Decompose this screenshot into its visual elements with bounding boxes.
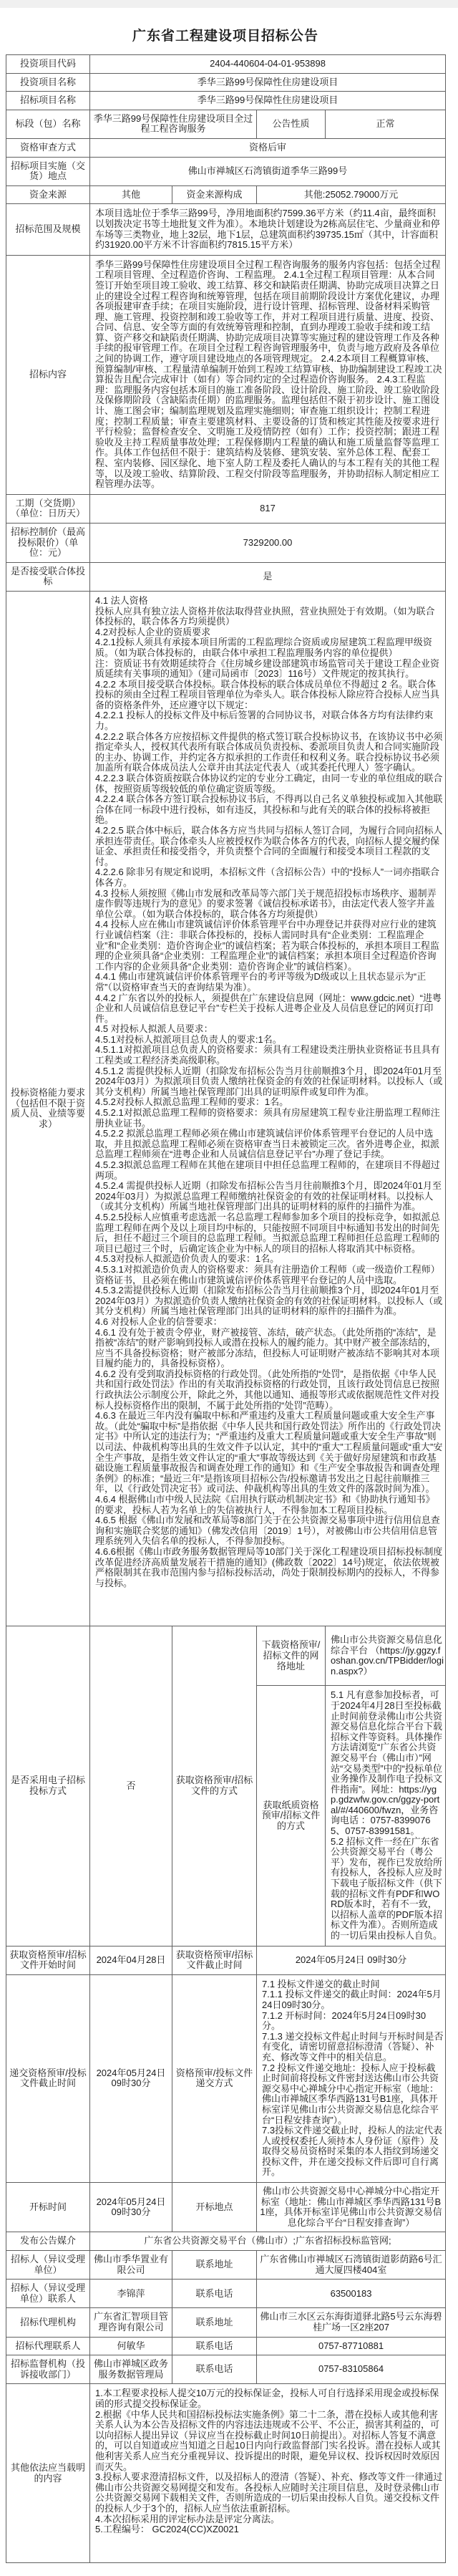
qualification-value: 4.1 法人资格 投标人应具有独立法人资格并依法取得营业执照，营业执照处于有效期… (90, 591, 446, 1626)
row-label: 招标项目名称 (6, 92, 90, 110)
tenderer-phone-value: 63500183 (257, 2280, 446, 2308)
table-row: 其他依法应当载明的内容 1.本工程要求投标人提交10万元的投标保证金，投标人可自… (6, 2384, 446, 2562)
scope-value: 本项目选址位于季华三路99号，净用地面积约7599.36平方米（约11.4亩，最… (90, 204, 446, 255)
submit-deadline-value: 2024年05月24日 09时30分 (90, 1974, 172, 2182)
table-row: 招标项目名称 季华三路99号保障性住房建设项目 (6, 92, 446, 110)
row-label: 投标资格能力要求（包括但不限于资质人员、业绩等要求） (6, 591, 90, 1626)
top-strip (0, 0, 458, 8)
consortium-value: 是 (90, 562, 446, 591)
funding-comp-value: 其他:25052.79000万元 (257, 185, 446, 204)
row-label: 投资项目代码 (6, 55, 90, 74)
row-label: 发布公告媒介 (6, 2232, 90, 2251)
table-row: 招标项目实施（交货）地点 佛山市禅城区石湾镇街道季华三路99号 (6, 157, 446, 185)
obtain-start-value: 2024年04月28日 (90, 1946, 172, 1974)
row-label: 开标地点 (172, 2183, 257, 2232)
row-label: 递交资格预审/投标文件截止时间 (6, 1974, 90, 2182)
row-label: 招标人（异议受理单位） (6, 2251, 90, 2280)
qualification-review-value: 资格后审 (90, 138, 446, 157)
row-label: 联系地址 (172, 2308, 257, 2337)
agency-addr-value: 佛山市三水区云东海街道驿北路5号云东海碧桂广场一区2座207 (257, 2308, 446, 2337)
row-label: 获取资格预审/招标文件截止时间 (172, 1946, 257, 1974)
opening-time-value: 2024年05月24日 09时30分 (90, 2183, 172, 2232)
table-row: 招标人（异议受理单位） 佛山市季华置业有限公司 联系地址 广东省佛山市禅城区石湾… (6, 2251, 446, 2280)
row-label: 公告性质 (257, 110, 326, 138)
tenderer-value: 佛山市季华置业有限公司 (90, 2251, 172, 2280)
row-label: 资格预审/投标文件递交方式 (172, 1974, 257, 2182)
table-row: 递交资格预审/投标文件截止时间 2024年05月24日 09时30分 资格预审/… (6, 1974, 446, 2182)
row-label: 获取纸质资格预审/招标文件的方式 (257, 1686, 326, 1946)
obtain-end-value: 2024年05月24日 09时30分 (257, 1946, 446, 1974)
tenderer-addr-value: 广东省佛山市禅城区石湾镇街道影荫路6号汇通大厦四楼404室 (257, 2251, 446, 2280)
agency-value: 广东省汇智项目管理咨询有限公司 (90, 2308, 172, 2337)
row-label: 资金来源 (6, 185, 90, 204)
content-value: 季华三路99号保障性住房建设项目全过程工程咨询服务的服务内容包括：包括全过程工程… (90, 255, 446, 494)
announcement-table: 投资项目代码 2404-440604-04-01-953898 投资项目名称 季… (6, 54, 446, 2563)
table-row: 是否采用电子招标投标方式 否 获取资格预审/招标文件的方式 下载资格预审/招标文… (6, 1626, 446, 1686)
table-row: 开标时间 2024年05月24日 09时30分 开标地点 佛山市公共资源交易中心… (6, 2183, 446, 2232)
row-label: 工期（交货期）（单位：日历天） (6, 494, 90, 523)
e-bidding-value: 否 (90, 1626, 172, 1946)
price-limit-value: 7329200.00 (90, 523, 446, 562)
row-label: 招标控制价（最高投标限价）（单位：元） (6, 523, 90, 562)
row-label: 资格审查方式 (6, 138, 90, 157)
table-row: 投标资格能力要求（包括但不限于资质人员、业绩等要求） 4.1 法人资格 投标人应… (6, 591, 446, 1626)
other-content-value: 1.本工程要求投标人提交10万元的投标保证金，投标人可自行选择采用现金或投标保函… (90, 2384, 446, 2562)
table-row: 投资项目代码 2404-440604-04-01-953898 (6, 55, 446, 74)
table-row: 发布公告媒介 广东省公共资源交易平台（佛山市）;广东省招标投标监管网; (6, 2232, 446, 2251)
supervisor-phone-value: 0757-83105864 (257, 2355, 446, 2384)
row-label: 获取资格预审/招标文件的方式 (172, 1626, 257, 1946)
row-label: 是否采用电子招标投标方式 (6, 1626, 90, 1946)
row-label: 招标监督机构（投诉接收部门） (6, 2355, 90, 2384)
row-label: 资金来源构成 (172, 185, 257, 204)
table-row: 资金来源 其他 资金来源构成 其他:25052.79000万元 (6, 185, 446, 204)
row-label: 标段（包）名称 (6, 110, 90, 138)
media-value: 广东省公共资源交易平台（佛山市）;广东省招标投标监管网; (90, 2232, 446, 2251)
opening-place-value: 佛山市公共资源交易中心禅城分中心指定开标室（地址：佛山市禅城区季华西路131号B… (257, 2183, 446, 2232)
table-row: 工期（交货期）（单位：日历天） 817 (6, 494, 446, 523)
table-row: 招标范围及规模 本项目选址位于季华三路99号，净用地面积约7599.36平方米（… (6, 204, 446, 255)
row-label: 招标代理机构 (6, 2308, 90, 2337)
table-row: 标段（包）名称 季华三路99号保障性住房建设项目全过程工程咨询服务 公告性质 正… (6, 110, 446, 138)
table-row: 招标代理联系人 何敏华 联系电话 0757-87710881 (6, 2337, 446, 2355)
project-code-value: 2404-440604-04-01-953898 (90, 55, 446, 74)
location-value: 佛山市禅城区石湾镇街道季华三路99号 (90, 157, 446, 185)
row-label: 招标人（异议受理单位）联系人 (6, 2280, 90, 2308)
tender-name-value: 季华三路99号保障性住房建设项目 (90, 92, 446, 110)
agency-contact-value: 何敏华 (90, 2337, 172, 2355)
row-label: 招标项目实施（交货）地点 (6, 157, 90, 185)
page-title: 广东省工程建设项目招标公告 (6, 25, 445, 44)
table-row: 招标控制价（最高投标限价）（单位：元） 7329200.00 (6, 523, 446, 562)
agency-phone-value: 0757-87710881 (257, 2337, 446, 2355)
table-row: 招标监督机构（投诉接收部门） 佛山市禅城区政务服务数据管理局 联系电话 0757… (6, 2355, 446, 2384)
row-label: 联系电话 (172, 2355, 257, 2384)
table-row: 资格审查方式 资格后审 (6, 138, 446, 157)
row-label: 投资项目名称 (6, 73, 90, 92)
table-row: 招标内容 季华三路99号保障性住房建设项目全过程工程咨询服务的服务内容包括：包括… (6, 255, 446, 494)
tenderer-contact-value: 李锦萍 (90, 2280, 172, 2308)
funding-value: 其他 (90, 185, 172, 204)
download-url-value: 佛山市公共资源交易信息化综合平台 （https://jy.ggzy.foshan… (326, 1626, 446, 1686)
row-label: 联系电话 (172, 2337, 257, 2355)
table-row: 投资项目名称 季华三路99号保障性住房建设项目 (6, 73, 446, 92)
row-label: 招标范围及规模 (6, 204, 90, 255)
duration-value: 817 (90, 494, 446, 523)
row-label: 招标内容 (6, 255, 90, 494)
row-label: 下载资格预审/招标文件的网络地址 (257, 1626, 326, 1686)
table-row: 是否接受联合体投标 是 (6, 562, 446, 591)
submit-method-value: 7.1 投标文件递交的截止时间 7.1.1 投标文件递交的截止时间：2024年5… (257, 1974, 446, 2182)
section-value: 季华三路99号保障性住房建设项目全过程工程咨询服务 (90, 110, 257, 138)
table-row: 获取资格预审/招标文件开始时间 2024年04月28日 获取资格预审/招标文件截… (6, 1946, 446, 1974)
row-label: 招标代理联系人 (6, 2337, 90, 2355)
row-label: 是否接受联合体投标 (6, 562, 90, 591)
row-label: 开标时间 (6, 2183, 90, 2232)
row-label: 获取资格预审/招标文件开始时间 (6, 1946, 90, 1974)
table-row: 招标人（异议受理单位）联系人 李锦萍 联系电话 63500183 (6, 2280, 446, 2308)
invest-name-value: 季华三路99号保障性住房建设项目 (90, 73, 446, 92)
nature-value: 正常 (326, 110, 446, 138)
row-label: 联系地址 (172, 2251, 257, 2280)
row-label: 其他依法应当载明的内容 (6, 2384, 90, 2562)
row-label: 联系电话 (172, 2280, 257, 2308)
paper-method-value: 5.1 凡有意参加投标者，可于2024年4月28日至投标截止时间前登录佛山市公共… (326, 1686, 446, 1946)
supervisor-value: 佛山市禅城区政务服务数据管理局 (90, 2355, 172, 2384)
table-row: 招标代理机构 广东省汇智项目管理咨询有限公司 联系地址 佛山市三水区云东海街道驿… (6, 2308, 446, 2337)
